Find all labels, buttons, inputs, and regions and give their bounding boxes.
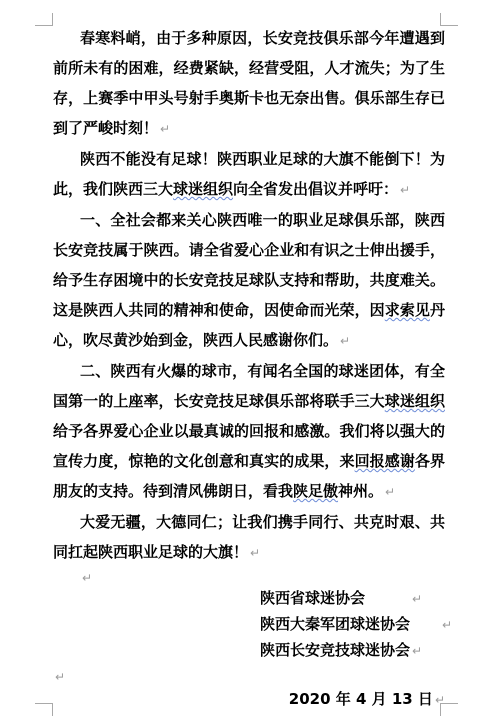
signature-block: 陕西省球迷协会 ↵陕西大秦军团球迷协会 ↵陕西长安竞技球迷协会↵ [260,586,445,664]
paragraph-mark-icon: ↵ [442,618,452,632]
paragraph-text: 大爱无疆，大德同仁；让我们携手同行、共克时艰、共同扛起陕西职业足球的大旗！ [53,513,445,561]
paragraph-mark-icon: ↵ [435,693,445,707]
signature-text: 陕西长安竞技球迷协会 [260,641,410,659]
paragraphs-block: 春寒料峭，由于多种原因，长安竞技俱乐部今年遭遇到前所未有的困难，经费紧缺，经营受… [53,23,445,568]
paragraph-mark-icon: ↵ [412,644,422,658]
paragraph-mark-icon: ↵ [250,546,260,560]
date-line: 2020 年 4 月 13 日↵ [53,689,445,710]
grammar-flagged-text: 球迷组织 [385,392,445,410]
margin-mark-top-left [35,13,53,26]
paragraph: 大爱无疆，大德同仁；让我们携手同行、共克时艰、共同扛起陕西职业足球的大旗！↵ [53,507,445,568]
margin-mark-bottom-left [35,703,53,716]
paragraph-mark-icon: ↵ [160,122,170,136]
paragraph-mark-icon: ↵ [400,183,410,197]
paragraph-mark-icon: ↵ [55,670,65,684]
paragraph-mark-icon: ↵ [340,334,350,348]
paragraph: 一、全社会都来关心陕西唯一的职业足球俱乐部，陕西长安竞技属于陕西。请全省爱心企业… [53,205,445,356]
paragraph-text: 春寒料峭，由于多种原因，长安竞技俱乐部今年遭遇到前所未有的困难，经费紧缺，经营受… [53,29,445,137]
signature-text: 陕西省球迷协会 [260,589,410,607]
signature-line: 陕西长安竞技球迷协会↵ [260,638,445,664]
paragraph-mark-icon: ↵ [82,571,92,585]
empty-paragraph: ↵ [53,568,445,586]
signature-line: 陕西省球迷协会 ↵ [260,586,445,612]
signature-line: 陕西大秦军团球迷协会 ↵ [260,612,445,638]
grammar-flagged-text: 求索见 [385,301,430,319]
paragraph: 春寒料峭，由于多种原因，长安竞技俱乐部今年遭遇到前所未有的困难，经费紧缺，经营受… [53,23,445,144]
grammar-flagged-text: 回报感谢 [355,452,415,470]
paragraph-text: 神州。 [338,482,383,500]
paragraph-mark-icon: ↵ [412,592,422,606]
document-page: 春寒料峭，由于多种原因，长安竞技俱乐部今年遭遇到前所未有的困难，经费紧缺，经营受… [0,0,497,716]
signature-text: 陕西大秦军团球迷协会 [260,615,440,633]
empty-paragraph: ↵ [53,664,445,689]
paragraph-text: 向全省发出倡议并呼吁： [233,180,398,198]
paragraph: 二、陕西有火爆的球市，有闻名全国的球迷团体，有全国第一的上座率，长安竞技足球俱乐… [53,356,445,507]
paragraph: 陕西不能没有足球！陕西职业足球的大旗不能倒下！为此，我们陕西三大球迷组织向全省发… [53,144,445,205]
grammar-flagged-text: 陕足傲 [293,482,338,500]
document-body: 春寒料峭，由于多种原因，长安竞技俱乐部今年遭遇到前所未有的困难，经费紧缺，经营受… [53,23,445,710]
paragraph-mark-icon: ↵ [385,485,395,499]
date-text: 2020 年 4 月 13 日 [289,690,433,708]
grammar-flagged-text: 球迷组织 [173,180,233,198]
